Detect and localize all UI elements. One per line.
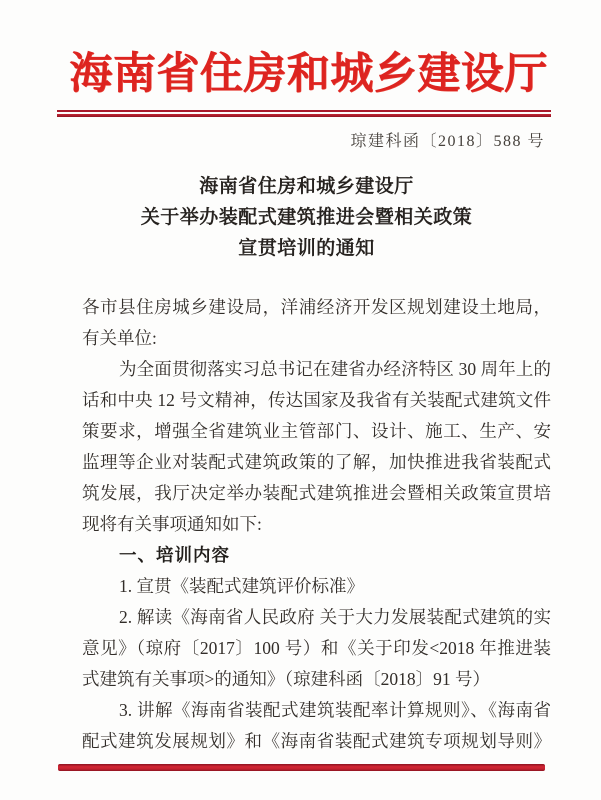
title-line-2: 关于举办装配式建筑推进会暨相关政策 xyxy=(12,202,601,233)
list-item-3-continued: 配式建筑发展规划》和《海南省装配式建筑专项规划导则》等 xyxy=(82,726,551,757)
paragraph-line-2: 话和中央 12 号文精神，传达国家及我省有关装配式建筑文件政 xyxy=(82,385,551,416)
masthead-rule-thin xyxy=(57,110,551,112)
title-line-1: 海南省住房和城乡建设厅 xyxy=(12,171,601,202)
list-item-3: 3. 讲解《海南省装配式建筑装配率计算规则》、《海南省装 xyxy=(82,695,551,726)
agency-masthead: 海南省住房和城乡建设厅 xyxy=(0,50,601,100)
masthead-rule xyxy=(57,110,551,117)
paragraph-line-6: 现将有关事项通知如下: xyxy=(82,509,551,540)
title-line-3: 宣贯培训的通知 xyxy=(12,233,601,264)
list-item-2-continued: 意见》（琼府〔2017〕100 号）和《关于印发<2018 年推进装配 xyxy=(82,633,551,664)
recipient-line-1: 各市县住房城乡建设局，洋浦经济开发区规划建设土地局，各 xyxy=(82,292,551,323)
list-item-2-continued-2: 式建筑有关事项>的通知》（琼建科函〔2018〕91 号） xyxy=(82,664,551,695)
section-heading-training-content: 一、培训内容 xyxy=(82,540,551,571)
recipient-line-2: 有关单位: xyxy=(82,323,551,354)
footer-rule xyxy=(58,764,545,771)
list-item-1: 1. 宣贯《装配式建筑评价标准》 xyxy=(82,571,551,602)
paragraph-line-4: 监理等企业对装配式建筑政策的了解，加快推进我省装配式建 xyxy=(82,447,551,478)
paragraph-line-3: 策要求，增强全省建筑业主管部门、设计、施工、生产、安装、 xyxy=(82,416,551,447)
document-page: 海南省住房和城乡建设厅 琼建科函〔2018〕588 号 海南省住房和城乡建设厅 … xyxy=(0,0,601,800)
list-item-2: 2. 解读《海南省人民政府 关于大力发展装配式建筑的实施 xyxy=(82,602,551,633)
document-number: 琼建科函〔2018〕588 号 xyxy=(350,128,545,151)
document-title: 海南省住房和城乡建设厅 关于举办装配式建筑推进会暨相关政策 宣贯培训的通知 xyxy=(0,171,601,264)
paragraph-line-1: 为全面贯彻落实习总书记在建省办经济特区 30 周年上的讲 xyxy=(82,354,551,385)
document-body: 各市县住房城乡建设局，洋浦经济开发区规划建设土地局，各 有关单位: 为全面贯彻落… xyxy=(82,292,551,757)
masthead-rule-thick xyxy=(57,114,551,117)
paragraph-line-5: 筑发展，我厅决定举办装配式建筑推进会暨相关政策宣贯培训。 xyxy=(82,478,551,509)
